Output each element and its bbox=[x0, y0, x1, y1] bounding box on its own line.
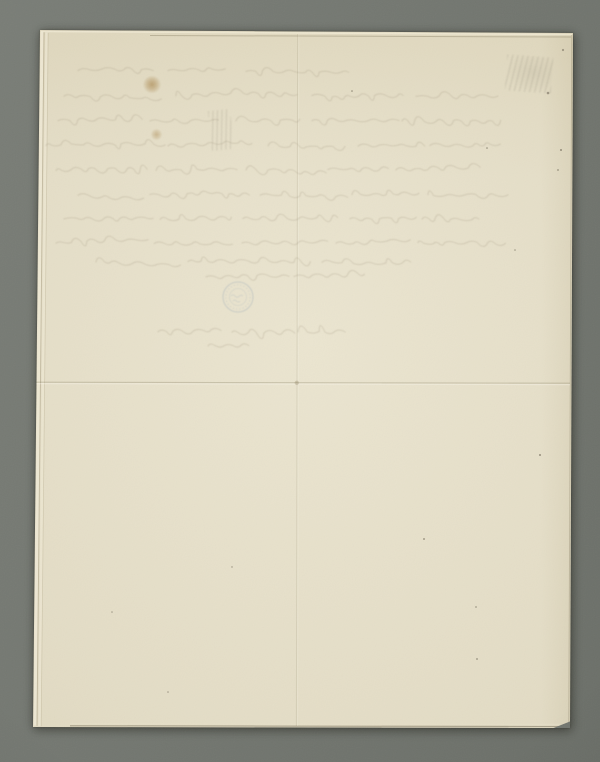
letter-sheet-verso bbox=[33, 29, 574, 729]
fold-creases bbox=[36, 34, 570, 726]
photograph bbox=[0, 0, 600, 762]
paper-marks bbox=[33, 29, 574, 729]
letter-sheet-wrap bbox=[0, 0, 600, 762]
crease-cross-point bbox=[295, 381, 299, 385]
collection-stamp-bleedthrough bbox=[223, 282, 253, 312]
sheet-layer-edges bbox=[35, 32, 572, 727]
mirrored-handwriting-bleedthrough bbox=[44, 68, 509, 348]
